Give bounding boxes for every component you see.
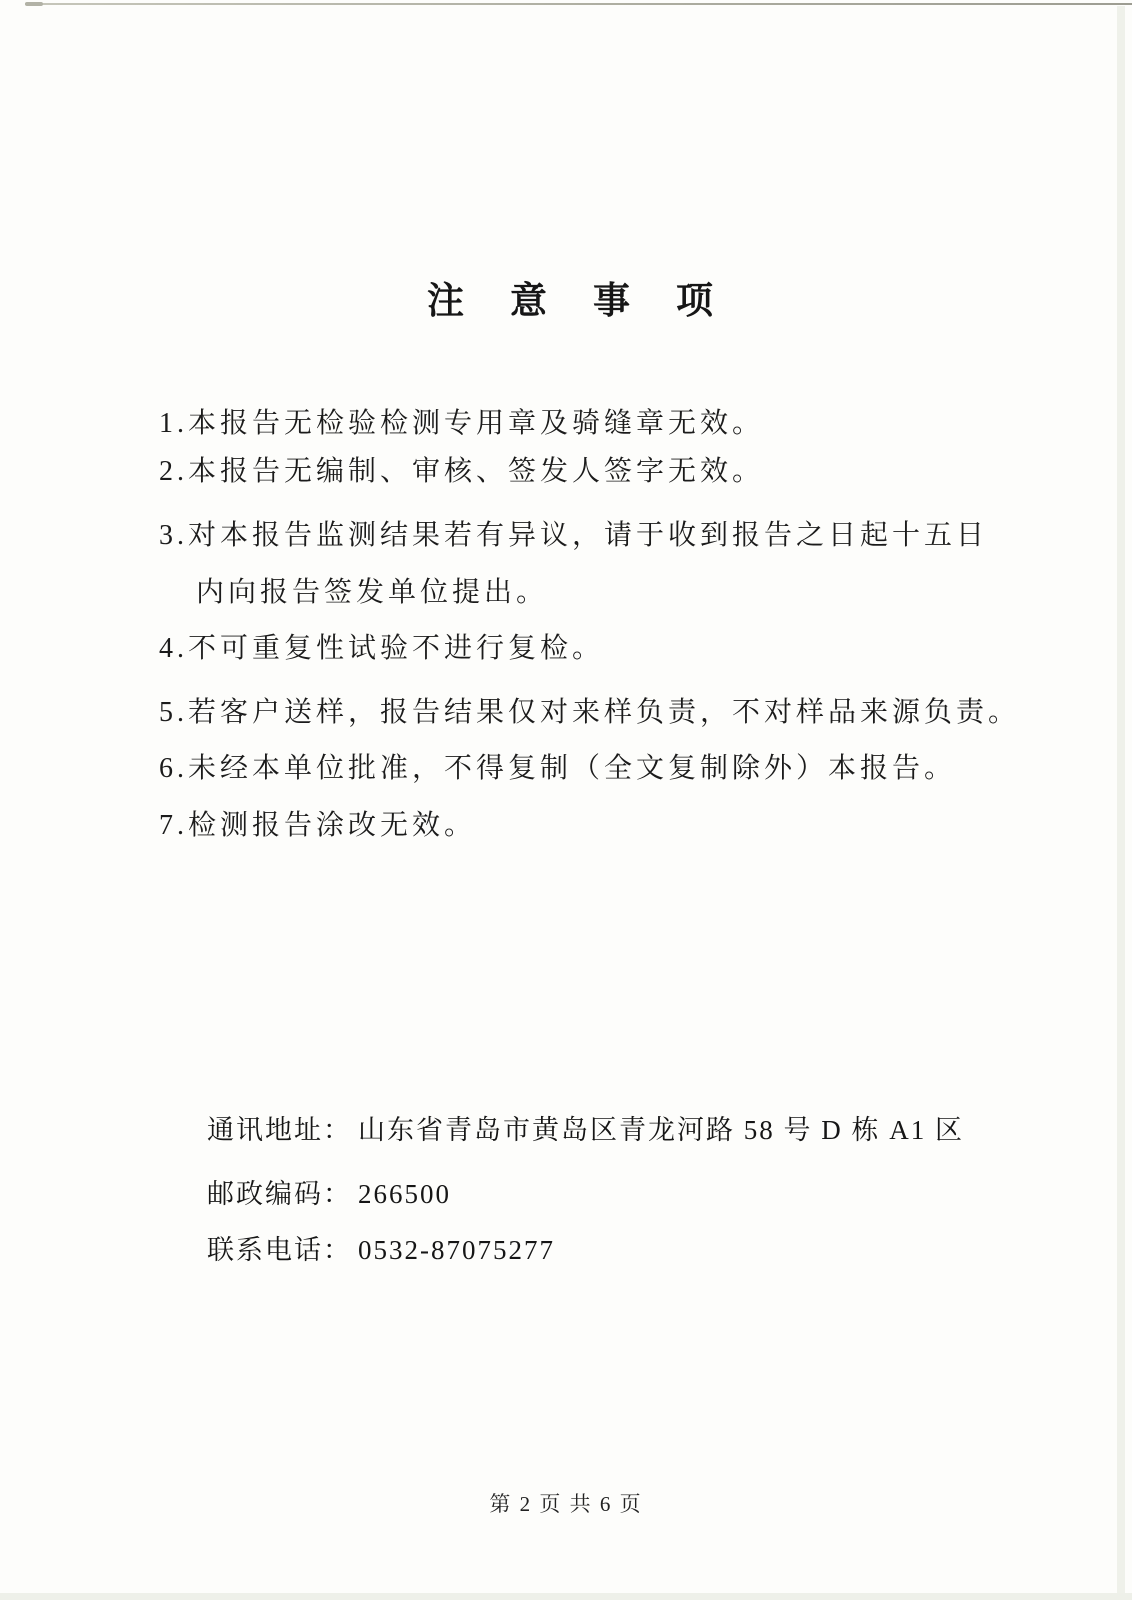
scan-artifact-top-line [25,3,1132,5]
address-value: 山东省青岛市黄岛区青龙河路 58 号 D 栋 A1 区 [352,1115,964,1145]
page-number-footer: 第 2 页 共 6 页 [0,1488,1132,1518]
contact-phone-row: 联系电话：0532-87075277 [207,1228,555,1267]
phone-label: 联系电话： [207,1235,352,1265]
postcode-label: 邮政编码： [207,1179,352,1209]
note-line-2: 2.本报告无编制、审核、签发人签字无效。 [159,449,764,489]
contact-address-row: 通讯地址：山东省青岛市黄岛区青龙河路 58 号 D 栋 A1 区 [207,1108,964,1147]
scan-artifact-right-band [1117,6,1125,1600]
phone-value: 0532-87075277 [352,1235,555,1265]
note-line-1: 1.本报告无检验检测专用章及骑缝章无效。 [159,401,764,441]
note-line-3: 3.对本报告监测结果若有异议，请于收到报告之日起十五日 [159,513,988,553]
note-line-6: 6.未经本单位批准，不得复制（全文复制除外）本报告。 [159,746,956,786]
address-label: 通讯地址： [207,1115,352,1145]
note-line-3-continued: 内向报告签发单位提出。 [196,570,548,610]
note-line-4: 4.不可重复性试验不进行复检。 [159,626,604,666]
page-title: 注意事项 [427,270,759,324]
note-line-7: 7.检测报告涂改无效。 [159,803,476,843]
scan-artifact-top-nub [25,2,43,6]
contact-postcode-row: 邮政编码：266500 [207,1172,451,1211]
postcode-value: 266500 [352,1179,451,1209]
report-notice-page: 注意事项 1.本报告无检验检测专用章及骑缝章无效。 2.本报告无编制、审核、签发… [0,0,1132,1600]
scan-artifact-bottom-band [0,1593,1132,1600]
note-line-5: 5.若客户送样，报告结果仅对来样负责，不对样品来源负责。 [159,690,1020,730]
